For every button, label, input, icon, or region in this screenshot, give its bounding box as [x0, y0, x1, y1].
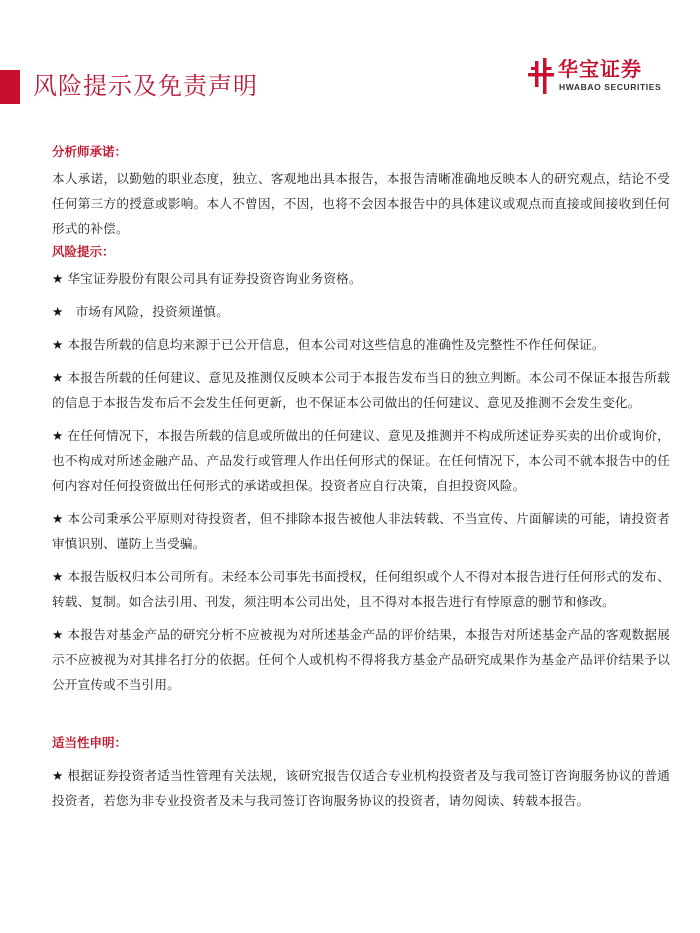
- logo-name-cn: 华宝证券: [558, 56, 642, 82]
- risk-item: ★本报告所载的任何建议、意见及推测仅反映本公司于本报告发布当日的独立判断。本公司…: [52, 365, 670, 415]
- star-bullet-icon: ★: [52, 271, 64, 286]
- star-bullet-icon: ★: [52, 627, 64, 642]
- risk-item: ★本报告版权归本公司所有。未经本公司事先书面授权，任何组织或个人不得对本报告进行…: [52, 564, 670, 614]
- analyst-commitment-heading: 分析师承诺：: [52, 142, 670, 162]
- star-bullet-icon: ★: [52, 428, 64, 443]
- star-bullet-icon: ★: [52, 569, 64, 584]
- risk-warning-heading: 风险提示：: [52, 242, 670, 262]
- disclaimer-content: 分析师承诺： 本人承诺，以勤勉的职业态度，独立、客观地出具本报告，本报告清晰准确…: [52, 142, 670, 821]
- star-bullet-icon: ★: [52, 370, 64, 385]
- star-bullet-icon: ★: [52, 511, 64, 526]
- risk-item: ★本报告所载的信息均来源于已公开信息，但本公司对这些信息的准确性及完整性不作任何…: [52, 332, 670, 357]
- page-title: 风险提示及免责声明: [33, 66, 258, 106]
- risk-item: ★市场有风险，投资须谨慎。: [52, 299, 670, 324]
- hwabao-logo-mark-icon: [528, 58, 554, 94]
- title-accent-bar: [0, 70, 20, 104]
- risk-item: ★华宝证券股份有限公司具有证券投资咨询业务资格。: [52, 266, 670, 291]
- risk-item: ★在任何情况下，本报告所载的信息或所做出的任何建议、意见及推测并不构成所述证券买…: [52, 423, 670, 498]
- company-logo: 华宝证券 HWABAO SECURITIES: [528, 56, 693, 100]
- logo-name-en: HWABAO SECURITIES: [559, 82, 661, 92]
- risk-item: ★本公司秉承公平原则对待投资者，但不排除本报告被他人非法转载、不当宣传、片面解读…: [52, 506, 670, 556]
- star-bullet-icon: ★: [52, 304, 64, 319]
- analyst-commitment-text: 本人承诺，以勤勉的职业态度，独立、客观地出具本报告，本报告清晰准确地反映本人的研…: [52, 166, 670, 241]
- star-bullet-icon: ★: [52, 337, 64, 352]
- risk-item: ★本报告对基金产品的研究分析不应被视为对所述基金产品的评价结果，本报告对所述基金…: [52, 622, 670, 697]
- star-bullet-icon: ★: [52, 768, 64, 783]
- suitability-heading: 适当性申明：: [52, 733, 670, 753]
- suitability-item: ★根据证券投资者适当性管理有关法规，该研究报告仅适合专业机构投资者及与我司签订咨…: [52, 763, 670, 813]
